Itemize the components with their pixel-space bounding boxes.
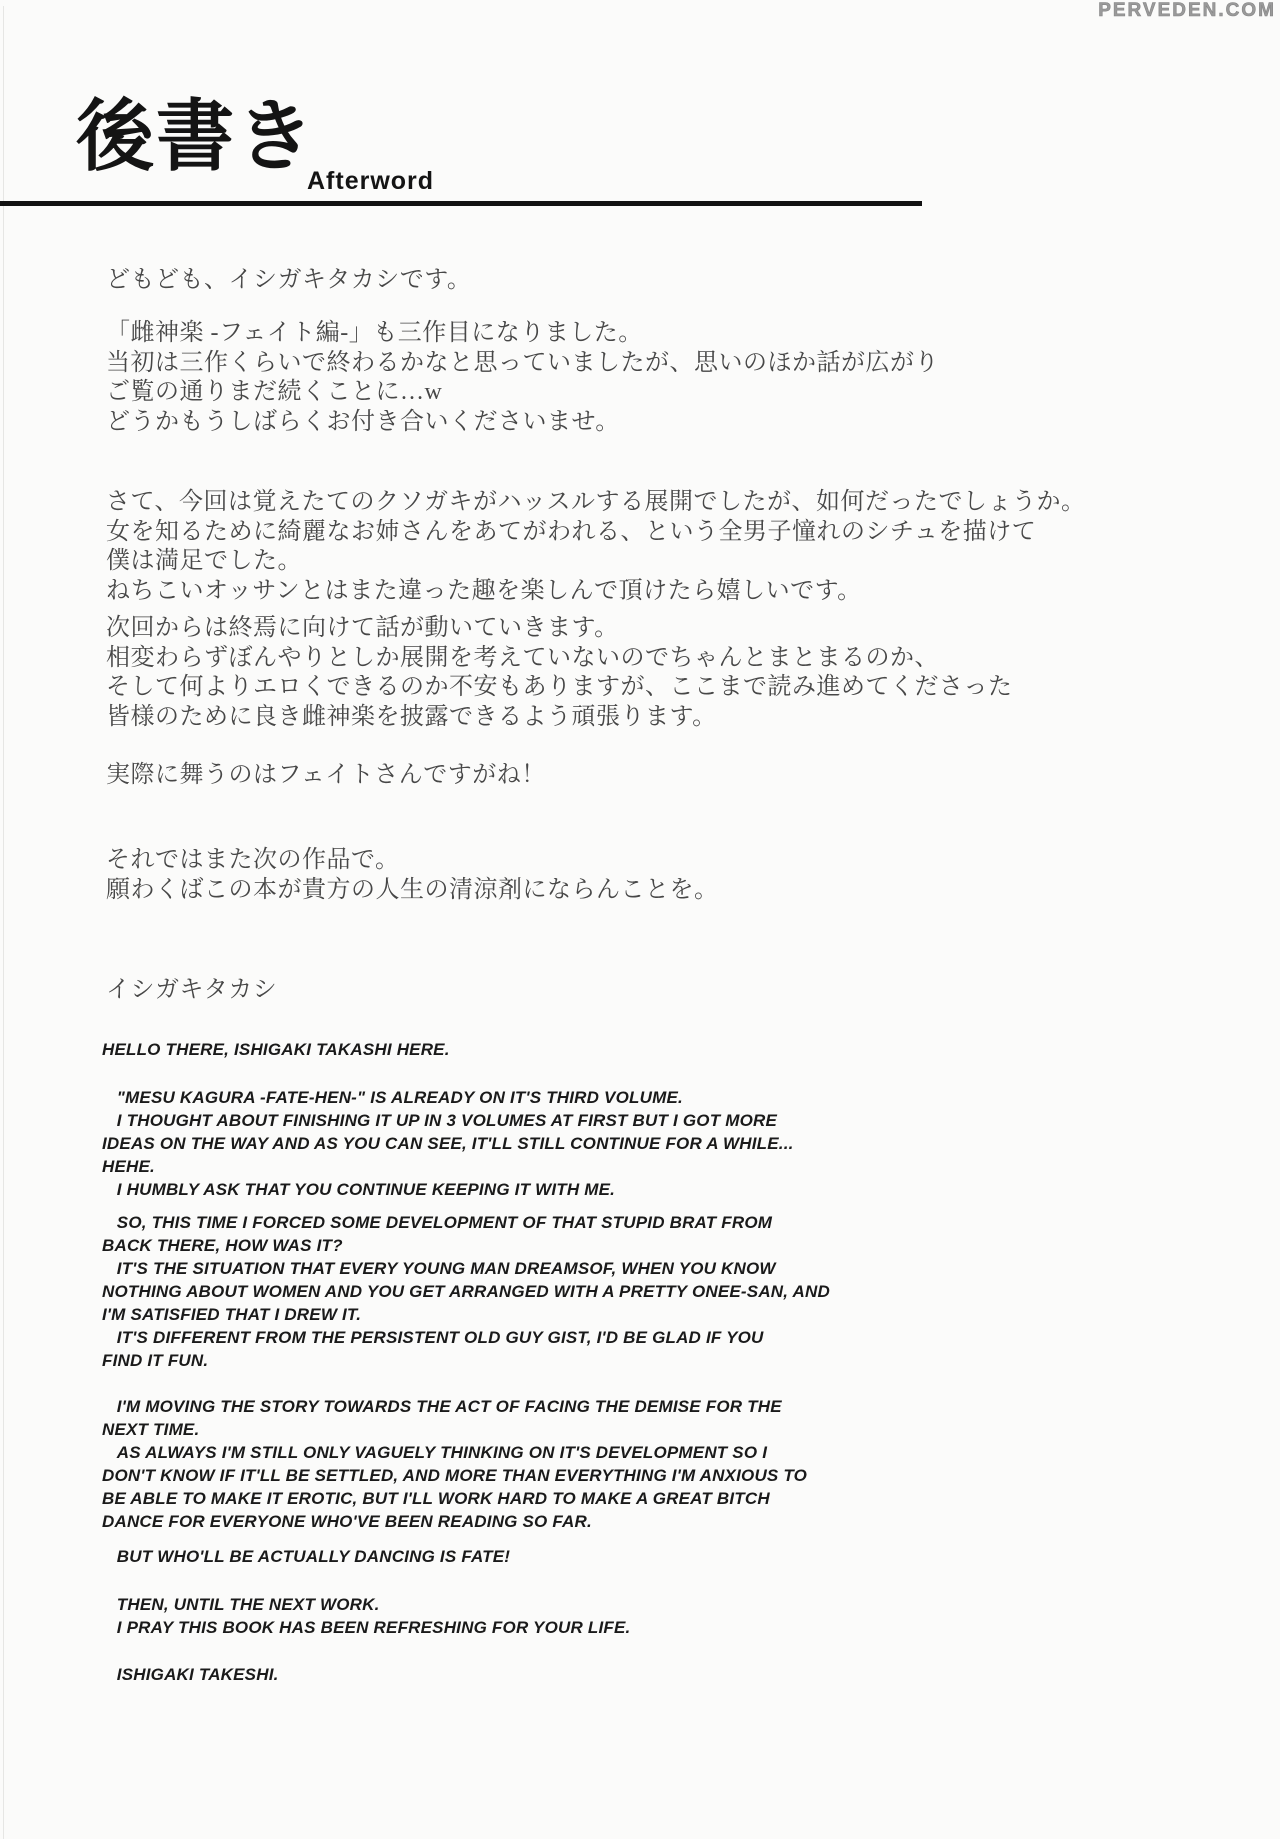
jp-paragraph-5: それではまた次の作品で。 願わくばこの本が貴方の人生の清涼剤にならんことを。	[106, 846, 1226, 905]
en-paragraph-2: SO, THIS TIME I FORCED SOME DEVELOPMENT …	[102, 1211, 1242, 1372]
jp-paragraph-1: 「雌神楽 -フェイト編-」も三作目になりました。 当初は三作くらいで終わるかなと…	[106, 319, 1226, 437]
jp-paragraph-4: 実際に舞うのはフェイトさんですがね！	[106, 761, 1226, 791]
en-paragraph-1: "MESU KAGURA -FATE-HEN-" IS ALREADY ON I…	[102, 1086, 1242, 1201]
en-paragraph-3: I'M MOVING THE STORY TOWARDS THE ACT OF …	[102, 1395, 1242, 1533]
title-underline	[0, 201, 922, 206]
afterword-page: PERVEDEN.COM 後書き Afterword どもども、イシガキタカシで…	[0, 0, 1280, 1839]
en-paragraph-5: THEN, UNTIL THE NEXT WORK. I PRAY THIS B…	[102, 1593, 1242, 1639]
page-title-japanese: 後書き	[76, 98, 316, 176]
page-title-english: Afterword	[307, 167, 434, 196]
en-paragraph-4: BUT WHO'LL BE ACTUALLY DANCING IS FATE!	[102, 1545, 1242, 1568]
en-signature: ISHIGAKI TAKESHI.	[102, 1663, 1242, 1686]
en-greeting: HELLO THERE, ISHIGAKI TAKASHI HERE.	[102, 1038, 1242, 1061]
watermark-perveden: PERVEDEN.COM	[1098, 0, 1276, 22]
jp-greeting: どもども、イシガキタカシです。	[106, 266, 1226, 296]
scan-edge-line	[3, 6, 4, 1839]
jp-signature: イシガキタカシ	[106, 976, 1226, 1006]
jp-paragraph-3: 次回からは終焉に向けて話が動いていきます。 相変わらずぼんやりとしか展開を考えて…	[106, 614, 1226, 732]
jp-paragraph-2: さて、今回は覚えたてのクソガキがハッスルする展開でしたが、如何だったでしょうか。…	[106, 488, 1226, 606]
